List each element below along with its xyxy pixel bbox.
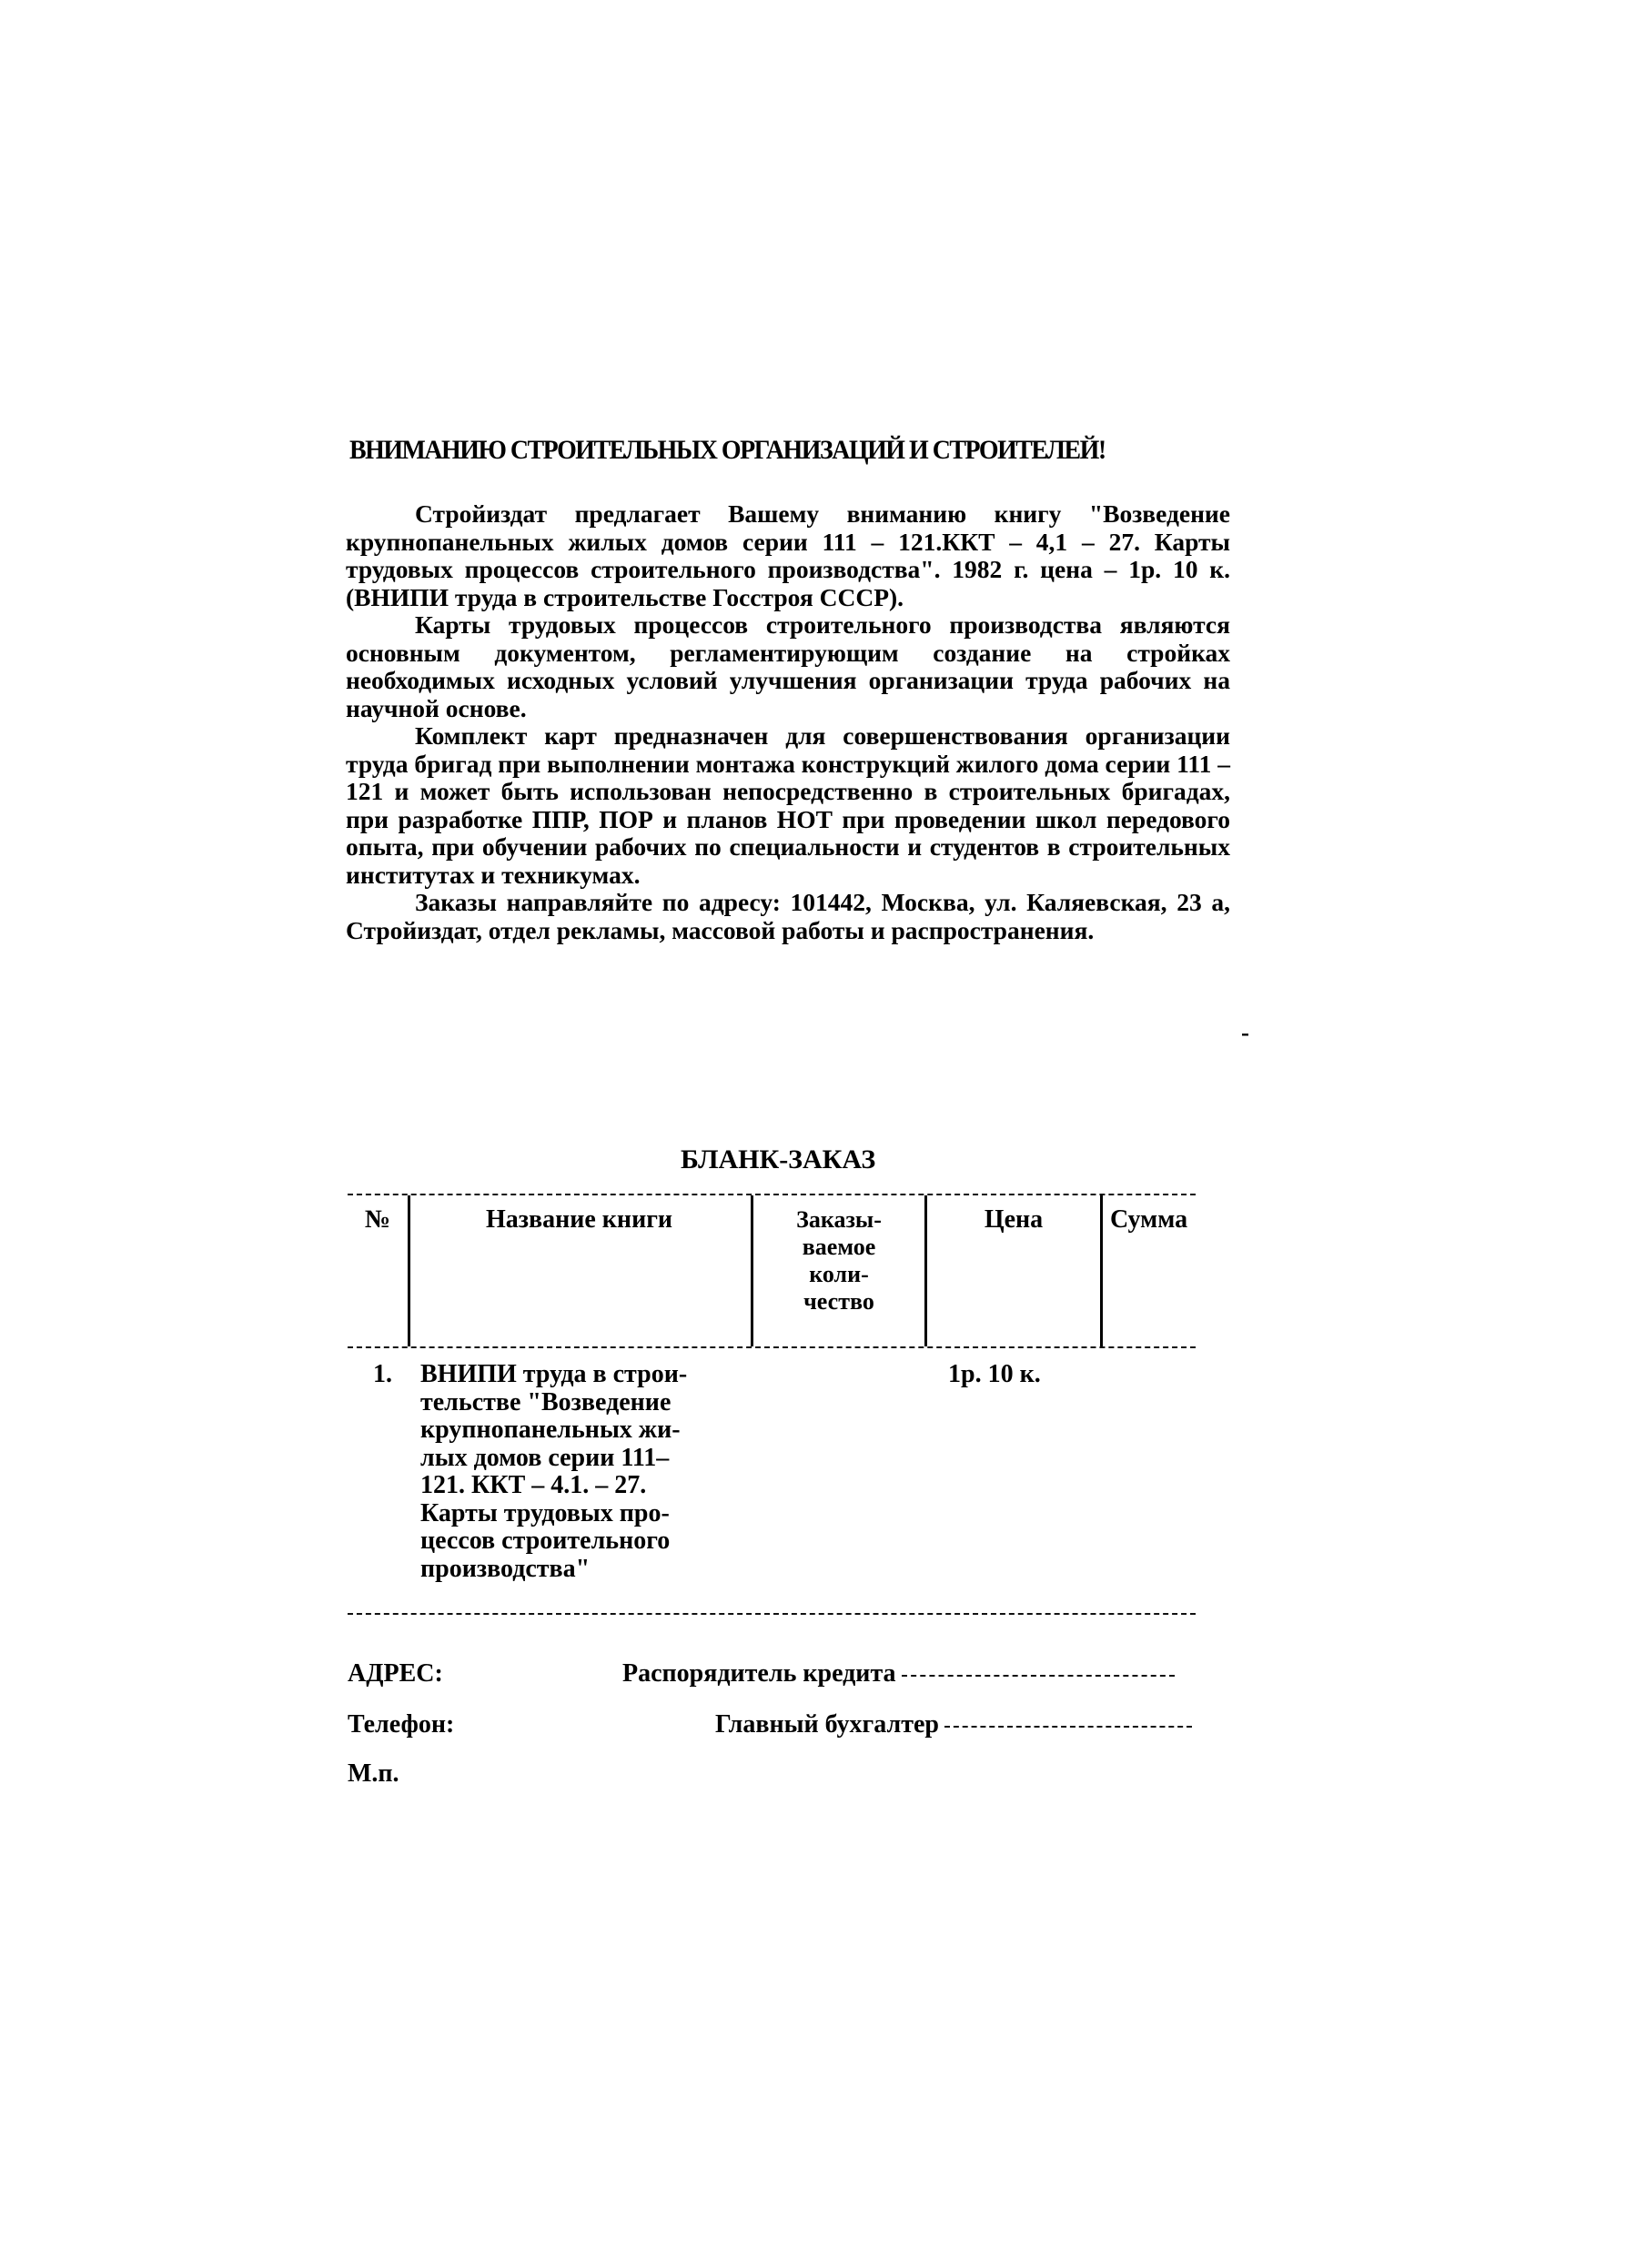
column-header-sum: Сумма (1103, 1206, 1203, 1234)
paragraph-order-address: Заказы направляйте по адресу: 101442, Мо… (346, 889, 1230, 944)
title-line: тельстве "Возведение (420, 1389, 687, 1417)
credit-manager-label: Распорядитель кредита (622, 1659, 896, 1688)
title-line: производства" (420, 1556, 687, 1584)
column-header-book-title: Название книги (408, 1206, 751, 1234)
announcement-body: Стройиздат предлагает Вашему вниманию кн… (346, 500, 1230, 944)
page-heading: ВНИМАНИЮ СТРОИТЕЛЬНЫХ ОРГАНИЗАЦИЙ И СТРО… (349, 435, 1187, 466)
column-header-number: № (348, 1206, 408, 1234)
order-form-title: БЛАНК-ЗАКАЗ (681, 1144, 875, 1175)
title-line: Карты трудовых про- (420, 1500, 687, 1528)
paragraph-intro: Стройиздат предлагает Вашему вниманию кн… (346, 500, 1230, 611)
stamp-label: М.п. (348, 1759, 399, 1789)
title-line: лых домов серии 111– (420, 1445, 687, 1473)
chief-accountant-signature: Главный бухгалтер (715, 1710, 1192, 1739)
table-header-rule (348, 1346, 1196, 1348)
signature-line[interactable] (902, 1675, 1175, 1677)
address-label: АДРЕС: (348, 1659, 443, 1688)
order-form-table: № Название книги Заказы- ваемое коли- че… (348, 1194, 1196, 1621)
column-header-price: Цена (927, 1206, 1100, 1234)
stray-mark: - (1241, 1019, 1249, 1047)
table-top-rule (348, 1194, 1196, 1195)
row-number: 1. (373, 1361, 392, 1389)
chief-accountant-label: Главный бухгалтер (715, 1710, 939, 1739)
row-book-title: ВНИПИ труда в строи- тельстве "Возведени… (420, 1361, 687, 1583)
signature-line[interactable] (944, 1726, 1192, 1728)
title-line: ВНИПИ труда в строи- (420, 1361, 687, 1389)
paragraph-purpose: Карты трудовых процессов строительного п… (346, 611, 1230, 722)
column-header-quantity: Заказы- ваемое коли- чество (753, 1206, 924, 1315)
row-price: 1р. 10 к. (948, 1361, 1041, 1389)
title-line: крупнопанельных жи- (420, 1416, 687, 1445)
title-line: цессов строительного (420, 1527, 687, 1556)
table-bottom-rule (348, 1613, 1196, 1615)
credit-manager-signature: Распорядитель кредита (622, 1659, 1175, 1688)
paragraph-usage: Комплект карт предназначен для совершенс… (346, 722, 1230, 889)
title-line: 121. ККТ – 4.1. – 27. (420, 1472, 687, 1500)
phone-label: Телефон: (348, 1710, 454, 1739)
